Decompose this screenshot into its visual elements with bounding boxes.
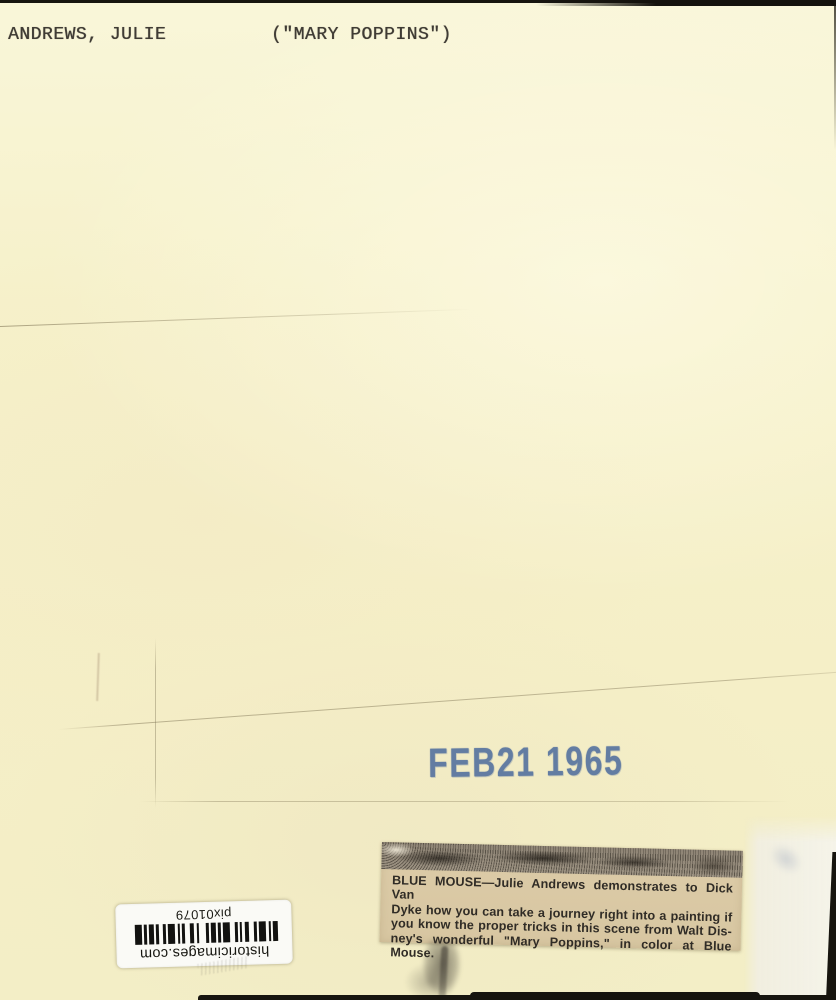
- barcode-sticker: historicimages.com pix01079: [115, 900, 293, 969]
- news-clipping: BLUE MOUSE—Julie Andrews demonstrates to…: [380, 842, 743, 951]
- paper-light-band: [744, 816, 836, 1000]
- subject-name: ANDREWS, JULIE: [8, 25, 166, 45]
- date-stamp: FEB21 1965: [428, 740, 623, 784]
- film-title: ("MARY POPPINS"): [271, 25, 452, 45]
- sticker-site-text: historicimages.com: [140, 943, 270, 963]
- barcode: [130, 921, 279, 945]
- crease-line-vertical: [155, 638, 156, 808]
- sticker-id-text: pix01079: [175, 907, 231, 924]
- paper-mark: [96, 653, 100, 701]
- halftone-photo-strip: [381, 842, 743, 878]
- photo-back-scan: ANDREWS, JULIE ("MARY POPPINS") FEB21 19…: [0, 0, 836, 1000]
- scan-edge-top-right: [536, 0, 836, 6]
- scan-edge-bottom-bump: [470, 992, 760, 1000]
- crease-line-lower: [140, 801, 790, 802]
- crease-line-upper: [0, 309, 472, 327]
- crease-line-diagonal: [58, 671, 836, 730]
